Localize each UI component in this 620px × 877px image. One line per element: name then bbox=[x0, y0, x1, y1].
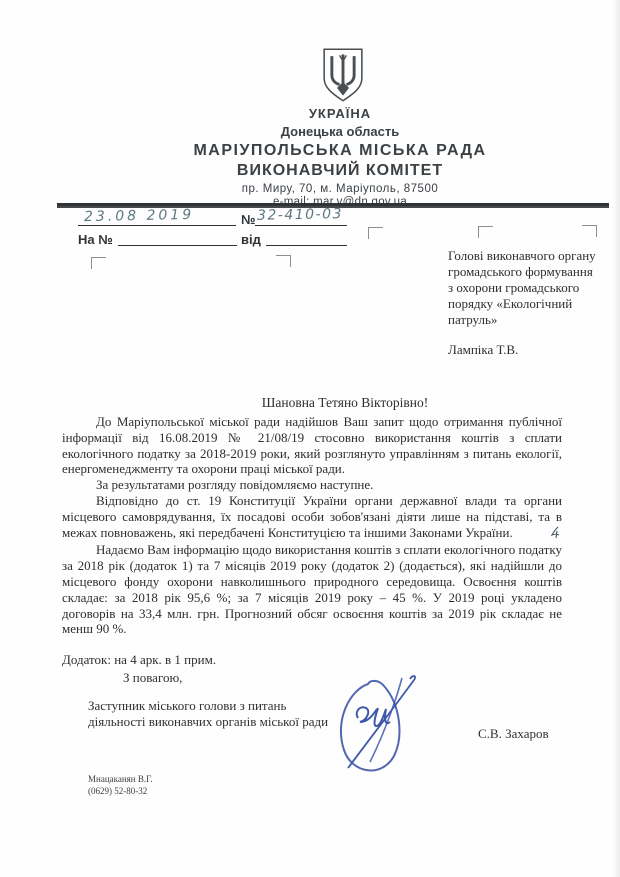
paragraph-3-text: Відповідно до ст. 19 Конституції України… bbox=[62, 493, 562, 540]
corner-mark-top-right bbox=[582, 225, 597, 237]
attachment-note: Додаток: на 4 арк. в 1 прим. bbox=[62, 652, 562, 668]
signer-name: С.В. Захаров bbox=[478, 726, 549, 742]
letter-body: До Маріупольської міської ради надійшов … bbox=[62, 414, 562, 668]
region-name: Донецька область bbox=[60, 124, 620, 139]
paragraph-3: Відповідно до ст. 19 Конституції України… bbox=[62, 493, 562, 542]
recipient-line: з охорони громадського bbox=[448, 280, 620, 296]
scanned-letter-page: УКРАЇНА Донецька область МАРІУПОЛЬСЬКА М… bbox=[0, 0, 620, 877]
country-name: УКРАЇНА bbox=[60, 106, 620, 121]
corner-mark-top-left-2 bbox=[478, 226, 493, 238]
salutation: Шановна Тетяно Вікторівно! bbox=[135, 395, 555, 411]
corner-mark-top-left-1 bbox=[368, 227, 383, 239]
organization-department: ВИКОНАВЧИЙ КОМІТЕТ bbox=[60, 162, 620, 180]
recipient-line: патруль» bbox=[448, 312, 620, 328]
handwritten-tick-icon bbox=[517, 526, 560, 543]
signer-title-line1: Заступник міського голови з питань bbox=[88, 698, 286, 714]
number-underline bbox=[255, 211, 347, 226]
recipient-line: Голові виконавчого органу bbox=[448, 248, 620, 264]
incoming-date-label: від bbox=[241, 232, 261, 247]
executor-block: Мнацаканян В.Г. (0629) 52-80-32 bbox=[88, 773, 153, 797]
signer-title-line2: діяльності виконавчих органів міської ра… bbox=[88, 714, 328, 730]
postal-address: пр. Миру, 70, м. Маріуполь, 87500 bbox=[60, 183, 620, 195]
letterhead: УКРАЇНА Донецька область МАРІУПОЛЬСЬКА М… bbox=[60, 106, 620, 208]
date-underline bbox=[78, 211, 236, 226]
coat-of-arms-ukraine-icon bbox=[319, 46, 367, 104]
handwritten-signature bbox=[322, 668, 437, 783]
paragraph-4: Надаємо Вам інформацію щодо використання… bbox=[62, 542, 562, 637]
executor-phone: (0629) 52-80-32 bbox=[88, 785, 153, 797]
incoming-number-label: На № bbox=[78, 232, 113, 247]
paragraph-2: За результатами розгляду повідомляємо на… bbox=[62, 477, 562, 493]
paragraph-1: До Маріупольської міської ради надійшов … bbox=[62, 414, 562, 477]
incoming-number-underline bbox=[118, 231, 237, 246]
corner-mark-left bbox=[91, 257, 106, 269]
recipient-block: Голові виконавчого органу громадського ф… bbox=[448, 248, 620, 358]
executor-name: Мнацаканян В.Г. bbox=[88, 773, 153, 785]
incoming-date-underline bbox=[266, 231, 347, 246]
recipient-line: порядку «Екологічний bbox=[448, 296, 620, 312]
number-sign-label: № bbox=[241, 212, 256, 227]
corner-mark-right bbox=[276, 255, 291, 267]
recipient-name: Лампіка Т.В. bbox=[448, 342, 620, 358]
recipient-line: громадського формування bbox=[448, 264, 620, 280]
closing-regards: З повагою, bbox=[123, 670, 182, 686]
organization-name: МАРІУПОЛЬСЬКА МІСЬКА РАДА bbox=[60, 142, 620, 160]
